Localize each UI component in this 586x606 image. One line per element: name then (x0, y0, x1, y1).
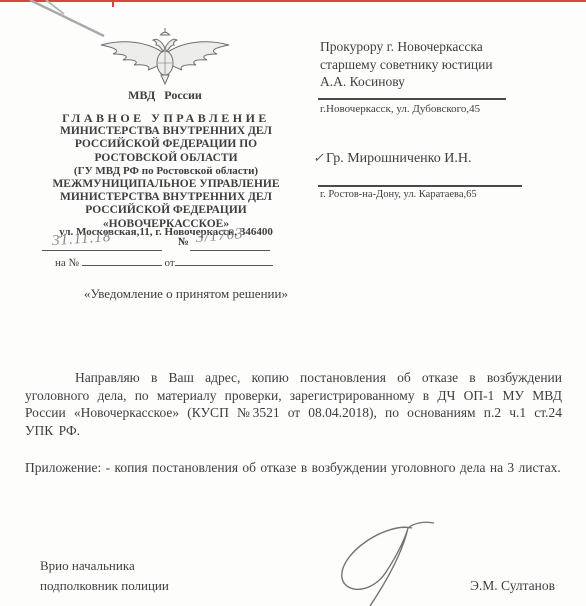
addressee-address: г.Новочеркасск, ул. Дубовского,45 (320, 103, 480, 115)
subject-line: «Уведомление о принятом решении» (84, 286, 288, 302)
secondary-divider (318, 185, 522, 187)
ref-na-label: на № (55, 257, 79, 269)
letterhead-line: (ГУ МВД РФ по Ростовской области) (30, 165, 302, 178)
scanned-letter-page: МВД России ГЛАВНОЕ УПРАВЛЕНИЕ МИНИСТЕРСТ… (0, 0, 586, 606)
addressee-line: старшему советнику юстиции (320, 56, 493, 74)
signature-autograph (316, 520, 436, 606)
handwritten-number: 3/1703 (195, 226, 244, 247)
addressee-line: А.А. Косинову (320, 73, 493, 91)
number-label: № (178, 236, 189, 248)
letterhead-line: МИНИСТЕРСТВА ВНУТРЕННИХ ДЕЛ (30, 125, 302, 138)
letterhead-line: РОСТОВСКОЙ ОБЛАСТИ (30, 152, 302, 165)
addressee-divider (318, 98, 506, 100)
ref-na-blank (82, 254, 162, 266)
ref-ot-label: от (165, 257, 175, 269)
number-underline (190, 250, 270, 251)
reference-line: на № от (55, 254, 273, 269)
ref-ot-blank (175, 254, 273, 266)
date-underline (42, 250, 162, 251)
secondary-addressee: Гр. Мирошниченко И.Н. (326, 151, 471, 167)
signer-name: Э.М. Султанов (470, 578, 555, 594)
secondary-address: г. Ростов-на-Дону, ул. Каратаева,65 (320, 189, 477, 200)
letterhead-line: МЕЖМУНИЦИПАЛЬНОЕ УПРАВЛЕНИЕ (30, 178, 302, 191)
letterhead-line: МИНИСТЕРСТВА ВНУТРЕННИХ ДЕЛ (30, 191, 302, 204)
body-paragraph-main: Направляю в Ваш адрес, копию постановлен… (25, 369, 562, 439)
checkmark-icon: ✓ (313, 150, 324, 166)
signer-position-line: Врио начальника (40, 556, 169, 576)
addressee-block: Прокурору г. Новочеркасска старшему сове… (320, 38, 493, 91)
letterhead-block: ГЛАВНОЕ УПРАВЛЕНИЕ МИНИСТЕРСТВА ВНУТРЕНН… (30, 112, 302, 231)
handwritten-date: 31.11.18 (51, 229, 111, 250)
mvd-eagle-emblem-icon (98, 27, 232, 87)
letterhead-line: РОССИЙСКОЙ ФЕДЕРАЦИИ (30, 204, 302, 217)
signer-position-line: подполковник полиции (40, 576, 169, 596)
body-paragraph-attachment: Приложение: - копия постановления об отк… (25, 459, 562, 477)
letterhead-line: ГЛАВНОЕ УПРАВЛЕНИЕ (30, 112, 302, 125)
addressee-line: Прокурору г. Новочеркасска (320, 38, 493, 56)
org-short-title: МВД России (98, 88, 232, 103)
signer-position: Врио начальника подполковник полиции (40, 556, 169, 596)
letterhead-line: РОССИЙСКОЙ ФЕДЕРАЦИИ ПО (30, 138, 302, 151)
